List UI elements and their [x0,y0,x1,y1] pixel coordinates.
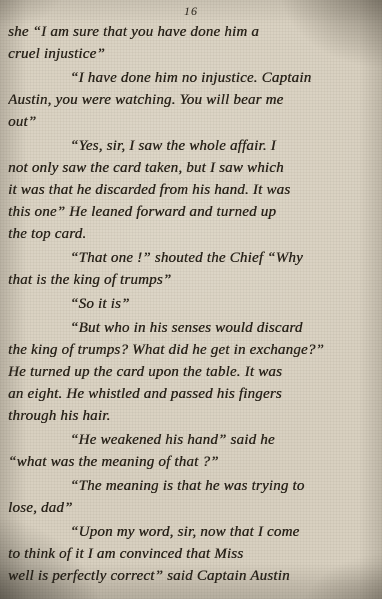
manuscript-lines: she “I am sure that you have done him ac… [8,21,378,587]
manuscript-line: “So it is” [8,293,378,315]
manuscript-line: the top card. [8,223,378,245]
manuscript-line: the king of trumps? What did he get in e… [8,339,378,361]
manuscript-line: “Yes, sir, I saw the whole affair. I [8,135,378,157]
manuscript-line: “But who in his senses would discard [8,317,378,339]
manuscript-page: 16 she “I am sure that you have done him… [0,0,382,599]
manuscript-line: Austin, you were watching. You will bear… [8,89,378,111]
manuscript-line: “That one !” shouted the Chief “Why [8,247,378,269]
manuscript-line: she “I am sure that you have done him a [8,21,378,43]
manuscript-line: well is perfectly correct” said Captain … [8,565,378,587]
manuscript-line: “He weakened his hand” said he [8,429,378,451]
manuscript-line: lose, dad” [8,497,378,519]
manuscript-line: out” [8,111,378,133]
manuscript-line: “I have done him no injustice. Captain [8,67,378,89]
manuscript-line: this one” He leaned forward and turned u… [8,201,378,223]
manuscript-line: “Upon my word, sir, now that I come [8,521,378,543]
manuscript-line: that is the king of trumps” [8,269,378,291]
manuscript-line: it was that he discarded from his hand. … [8,179,378,201]
manuscript-line: through his hair. [8,405,378,427]
manuscript-line: “The meaning is that he was trying to [8,475,378,497]
manuscript-line: cruel injustice” [8,43,378,65]
manuscript-line: an eight. He whistled and passed his fin… [8,383,378,405]
manuscript-line: to think of it I am convinced that Miss [8,543,378,565]
manuscript-line: not only saw the card taken, but I saw w… [8,157,378,179]
manuscript-line: He turned up the card upon the table. It… [8,361,378,383]
manuscript-line: “what was the meaning of that ?” [8,451,378,473]
page-number: 16 [0,4,382,19]
